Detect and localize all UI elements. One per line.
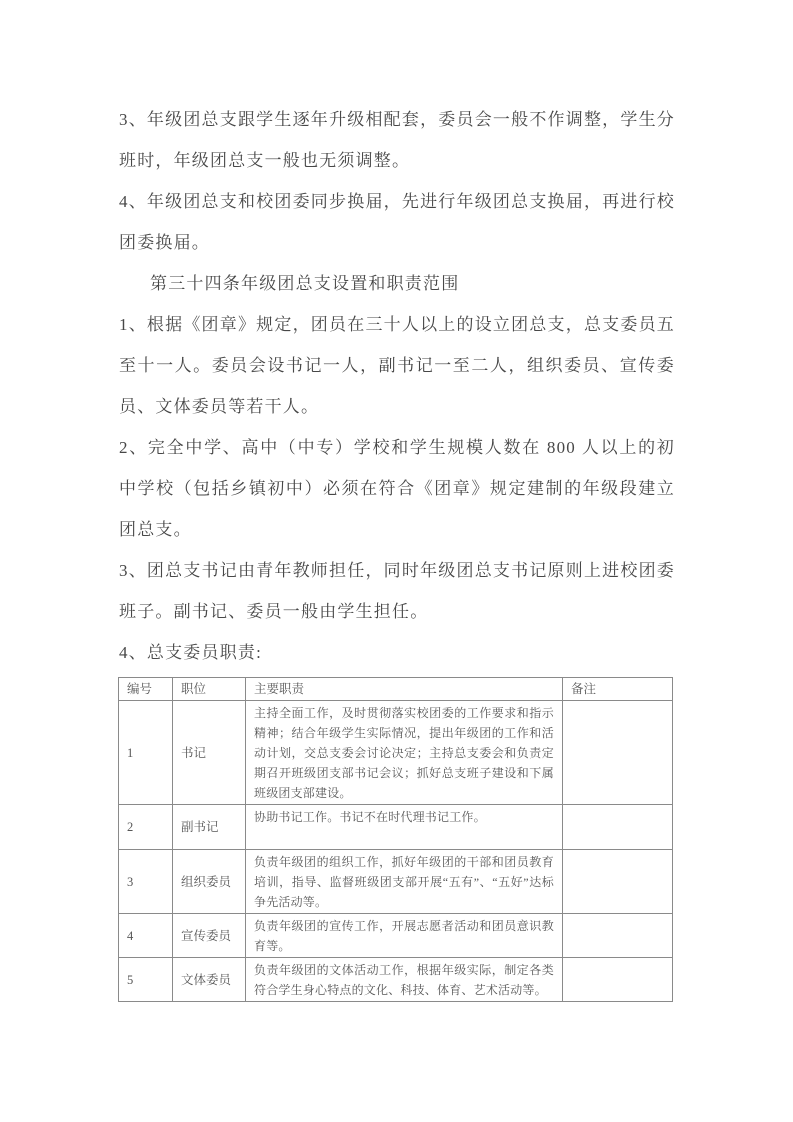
table-header-cell: 编号 [119,678,173,701]
duties-cell: 主持全面工作，及时贯彻落实校团委的工作要求和指示精神；结合年级学生实际情况，提出… [246,701,563,805]
paragraph: 3、年级团总支跟学生逐年升级相配套，委员会一般不作调整，学生分班时，年级团总支一… [119,99,675,181]
duties-table-header: 编号职位主要职责备注 [119,678,673,701]
remark-cell [563,958,673,1002]
position-cell: 组织委员 [173,850,246,914]
remark-cell [563,701,673,805]
position-cell: 文体委员 [173,958,246,1002]
duties-cell: 负责年级团的组织工作，抓好年级团的干部和团员教育培训，指导、监督班级团支部开展“… [246,850,563,914]
remark-cell [563,805,673,850]
row-number-cell: 1 [119,701,173,805]
table-row: 2副书记协助书记工作。书记不在时代理书记工作。 [119,805,673,850]
paragraph: 2、完全中学、高中（中专）学校和学生规模人数在 800 人以上的初中学校（包括乡… [119,427,675,550]
row-number-cell: 2 [119,805,173,850]
table-row: 1书记主持全面工作，及时贯彻落实校团委的工作要求和指示精神；结合年级学生实际情况… [119,701,673,805]
document-body: 3、年级团总支跟学生逐年升级相配套，委员会一般不作调整，学生分班时，年级团总支一… [119,99,675,673]
paragraph: 4、总支委员职责: [119,632,675,673]
section-heading: 第三十四条年级团总支设置和职责范围 [119,263,675,304]
row-number-cell: 5 [119,958,173,1002]
row-number-cell: 4 [119,914,173,958]
duties-cell: 负责年级团的文体活动工作，根据年级实际，制定各类符合学生身心特点的文化、科技、体… [246,958,563,1002]
paragraph: 1、根据《团章》规定，团员在三十人以上的设立团总支，总支委员五至十一人。委员会设… [119,304,675,427]
remark-cell [563,914,673,958]
table-row: 3组织委员负责年级团的组织工作，抓好年级团的干部和团员教育培训，指导、监督班级团… [119,850,673,914]
row-number-cell: 3 [119,850,173,914]
document-page: 3、年级团总支跟学生逐年升级相配套，委员会一般不作调整，学生分班时，年级团总支一… [0,0,793,1122]
position-cell: 副书记 [173,805,246,850]
table-header-row: 编号职位主要职责备注 [119,678,673,701]
table-header-cell: 备注 [563,678,673,701]
table-header-cell: 职位 [173,678,246,701]
remark-cell [563,850,673,914]
paragraph: 4、年级团总支和校团委同步换届，先进行年级团总支换届，再进行校团委换届。 [119,181,675,263]
table-header-cell: 主要职责 [246,678,563,701]
duties-cell: 协助书记工作。书记不在时代理书记工作。 [246,805,563,850]
duties-table-body: 1书记主持全面工作，及时贯彻落实校团委的工作要求和指示精神；结合年级学生实际情况… [119,701,673,1002]
position-cell: 宣传委员 [173,914,246,958]
table-row: 5文体委员负责年级团的文体活动工作，根据年级实际，制定各类符合学生身心特点的文化… [119,958,673,1002]
paragraph: 3、团总支书记由青年教师担任，同时年级团总支书记原则上进校团委班子。副书记、委员… [119,550,675,632]
duties-cell: 负责年级团的宣传工作，开展志愿者活动和团员意识教育等。 [246,914,563,958]
duties-table: 编号职位主要职责备注 1书记主持全面工作，及时贯彻落实校团委的工作要求和指示精神… [118,677,673,1002]
table-row: 4宣传委员负责年级团的宣传工作，开展志愿者活动和团员意识教育等。 [119,914,673,958]
position-cell: 书记 [173,701,246,805]
